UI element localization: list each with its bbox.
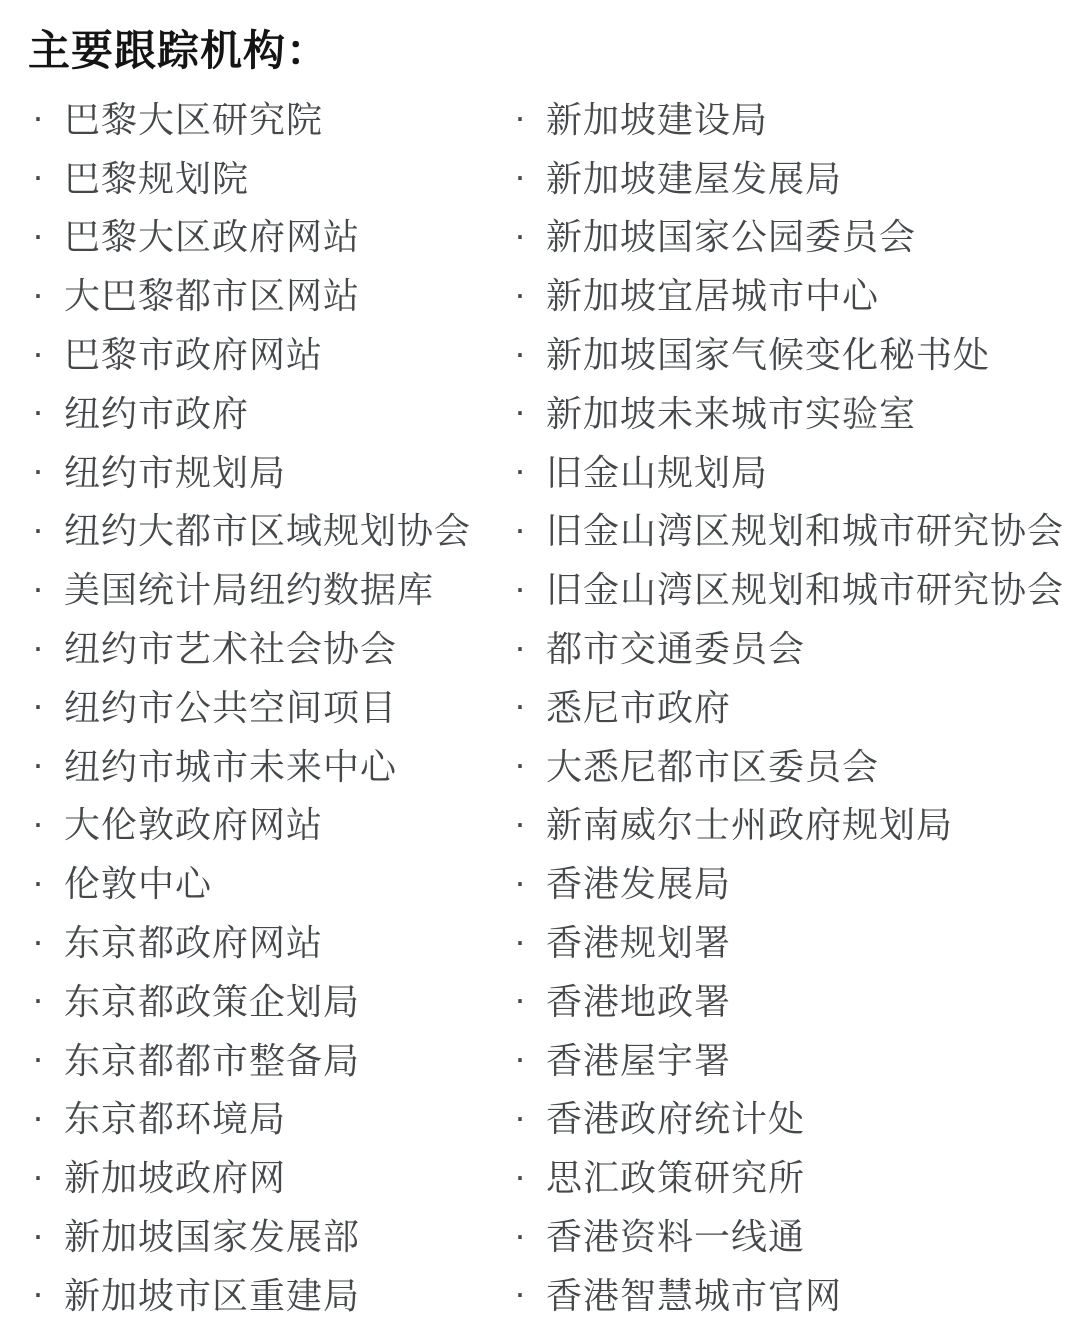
list-item: ·香港政府统计处 [506, 1088, 1080, 1147]
bullet-icon: · [506, 743, 534, 785]
list-item: ·都市交通委员会 [506, 617, 1080, 676]
bullet-icon: · [506, 1037, 534, 1079]
bullet-icon: · [24, 1155, 52, 1197]
list-item-label: 新加坡政府网 [64, 1150, 286, 1201]
list-item-label: 纽约大都市区域规划协会 [64, 503, 471, 554]
list-item: ·新加坡建设局 [506, 88, 1080, 147]
list-item-label: 大悉尼都市区委员会 [546, 739, 879, 790]
list-item-label: 香港屋宇署 [546, 1033, 731, 1084]
list-item: ·巴黎大区研究院 [24, 88, 506, 147]
list-item-label: 纽约市城市未来中心 [64, 739, 397, 790]
bullet-icon: · [24, 802, 52, 844]
bullet-icon: · [506, 332, 534, 374]
bullet-icon: · [506, 390, 534, 432]
list-item-label: 新加坡市区重建局 [64, 1268, 360, 1319]
bullet-icon: · [24, 96, 52, 138]
bullet-icon: · [24, 626, 52, 668]
list-item-label: 新加坡未来城市实验室 [546, 386, 916, 437]
bullet-icon: · [24, 1272, 52, 1314]
list-item: ·香港资料一线通 [506, 1205, 1080, 1264]
bullet-icon: · [24, 861, 52, 903]
list-item-label: 大伦敦政府网站 [64, 797, 323, 848]
list-item-label: 香港资料一线通 [546, 1209, 805, 1260]
bullet-icon: · [24, 508, 52, 550]
list-item-label: 东京都政策企划局 [64, 974, 360, 1025]
list-item-label: 都市交通委员会 [546, 621, 805, 672]
list-item: ·新加坡政府网 [24, 1146, 506, 1205]
list-item-label: 思汇政策研究所 [546, 1150, 805, 1201]
list-item: ·香港规划署 [506, 911, 1080, 970]
bullet-icon: · [506, 1155, 534, 1197]
list-item-label: 旧金山湾区规划和城市研究协会 [546, 503, 1064, 554]
list-item-label: 巴黎市政府网站 [64, 327, 323, 378]
list-item: ·旧金山湾区规划和城市研究协会 [506, 500, 1080, 559]
list-item: ·大伦敦政府网站 [24, 794, 506, 853]
list-item: ·香港地政署 [506, 970, 1080, 1029]
list-item: ·大巴黎都市区网站 [24, 264, 506, 323]
list-item-label: 东京都都市整备局 [64, 1033, 360, 1084]
list-item: ·新加坡宜居城市中心 [506, 264, 1080, 323]
page: 主要跟踪机构： ·巴黎大区研究院·巴黎规划院·巴黎大区政府网站·大巴黎都市区网站… [0, 0, 1080, 1337]
list-item-label: 香港发展局 [546, 856, 731, 907]
bullet-icon: · [24, 214, 52, 256]
bullet-icon: · [506, 802, 534, 844]
bullet-icon: · [24, 155, 52, 197]
bullet-icon: · [506, 920, 534, 962]
list-item: ·新加坡国家气候变化秘书处 [506, 323, 1080, 382]
bullet-icon: · [24, 920, 52, 962]
list-item: ·美国统计局纽约数据库 [24, 558, 506, 617]
list-item-label: 东京都环境局 [64, 1091, 286, 1142]
list-item: ·纽约市公共空间项目 [24, 676, 506, 735]
list-item-label: 旧金山规划局 [546, 445, 768, 496]
list-item-label: 纽约市公共空间项目 [64, 680, 397, 731]
bullet-icon: · [24, 743, 52, 785]
list-item: ·纽约市城市未来中心 [24, 735, 506, 794]
list-item: ·纽约市规划局 [24, 441, 506, 500]
list-item-label: 大巴黎都市区网站 [64, 268, 360, 319]
list-item-label: 新加坡宜居城市中心 [546, 268, 879, 319]
bullet-icon: · [24, 684, 52, 726]
bullet-icon: · [506, 449, 534, 491]
bullet-icon: · [506, 96, 534, 138]
list-item: ·旧金山湾区规划和城市研究协会 [506, 558, 1080, 617]
list-item: ·新南威尔士州政府规划局 [506, 794, 1080, 853]
list-item: ·新加坡国家发展部 [24, 1205, 506, 1264]
list-item-label: 新加坡建设局 [546, 92, 768, 143]
list-item: ·东京都都市整备局 [24, 1029, 506, 1088]
bullet-icon: · [506, 1096, 534, 1138]
list-item: ·香港屋宇署 [506, 1029, 1080, 1088]
list-item-label: 旧金山湾区规划和城市研究协会 [546, 562, 1064, 613]
list-item-label: 新加坡国家气候变化秘书处 [546, 327, 990, 378]
list-item-label: 伦敦中心 [64, 856, 212, 907]
bullet-icon: · [506, 508, 534, 550]
left-column: ·巴黎大区研究院·巴黎规划院·巴黎大区政府网站·大巴黎都市区网站·巴黎市政府网站… [24, 88, 506, 1323]
list-item: ·巴黎大区政府网站 [24, 206, 506, 265]
bullet-icon: · [24, 567, 52, 609]
right-column: ·新加坡建设局·新加坡建屋发展局·新加坡国家公园委员会·新加坡宜居城市中心·新加… [506, 88, 1080, 1323]
list-item-label: 巴黎大区政府网站 [64, 209, 360, 260]
list-item-label: 美国统计局纽约数据库 [64, 562, 434, 613]
list-item: ·纽约市政府 [24, 382, 506, 441]
tracked-institutions-list: ·巴黎大区研究院·巴黎规划院·巴黎大区政府网站·大巴黎都市区网站·巴黎市政府网站… [0, 88, 1080, 1323]
bullet-icon: · [506, 1272, 534, 1314]
list-item: ·巴黎市政府网站 [24, 323, 506, 382]
bullet-icon: · [506, 155, 534, 197]
bullet-icon: · [506, 273, 534, 315]
list-item: ·新加坡市区重建局 [24, 1264, 506, 1323]
bullet-icon: · [24, 449, 52, 491]
list-item-label: 香港智慧城市官网 [546, 1268, 842, 1319]
bullet-icon: · [506, 626, 534, 668]
list-item: ·东京都政府网站 [24, 911, 506, 970]
list-item-label: 巴黎规划院 [64, 151, 249, 202]
list-item-label: 香港规划署 [546, 915, 731, 966]
bullet-icon: · [24, 1096, 52, 1138]
bullet-icon: · [506, 214, 534, 256]
bullet-icon: · [506, 861, 534, 903]
bullet-icon: · [24, 1037, 52, 1079]
list-item-label: 新南威尔士州政府规划局 [546, 797, 953, 848]
list-item-label: 新加坡建屋发展局 [546, 151, 842, 202]
bullet-icon: · [24, 390, 52, 432]
bullet-icon: · [24, 978, 52, 1020]
list-item: ·新加坡建屋发展局 [506, 147, 1080, 206]
list-item-label: 新加坡国家发展部 [64, 1209, 360, 1260]
list-item-label: 巴黎大区研究院 [64, 92, 323, 143]
list-item-label: 香港政府统计处 [546, 1091, 805, 1142]
bullet-icon: · [506, 978, 534, 1020]
list-item: ·巴黎规划院 [24, 147, 506, 206]
list-item: ·纽约市艺术社会协会 [24, 617, 506, 676]
list-item: ·香港智慧城市官网 [506, 1264, 1080, 1323]
bullet-icon: · [24, 273, 52, 315]
bullet-icon: · [506, 1214, 534, 1256]
list-item: ·伦敦中心 [24, 852, 506, 911]
list-item-label: 纽约市规划局 [64, 445, 286, 496]
list-item-label: 纽约市政府 [64, 386, 249, 437]
list-item: ·思汇政策研究所 [506, 1146, 1080, 1205]
list-item-label: 香港地政署 [546, 974, 731, 1025]
list-item-label: 悉尼市政府 [546, 680, 731, 731]
list-item: ·悉尼市政府 [506, 676, 1080, 735]
list-item: ·新加坡未来城市实验室 [506, 382, 1080, 441]
bullet-icon: · [506, 684, 534, 726]
list-item-label: 东京都政府网站 [64, 915, 323, 966]
page-title: 主要跟踪机构： [28, 24, 1080, 78]
list-item: ·大悉尼都市区委员会 [506, 735, 1080, 794]
list-item: ·纽约大都市区域规划协会 [24, 500, 506, 559]
list-item: ·东京都政策企划局 [24, 970, 506, 1029]
list-item: ·新加坡国家公园委员会 [506, 206, 1080, 265]
list-item: ·旧金山规划局 [506, 441, 1080, 500]
list-item: ·东京都环境局 [24, 1088, 506, 1147]
list-item: ·香港发展局 [506, 852, 1080, 911]
bullet-icon: · [24, 1214, 52, 1256]
bullet-icon: · [24, 332, 52, 374]
bullet-icon: · [506, 567, 534, 609]
list-item-label: 纽约市艺术社会协会 [64, 621, 397, 672]
list-item-label: 新加坡国家公园委员会 [546, 209, 916, 260]
